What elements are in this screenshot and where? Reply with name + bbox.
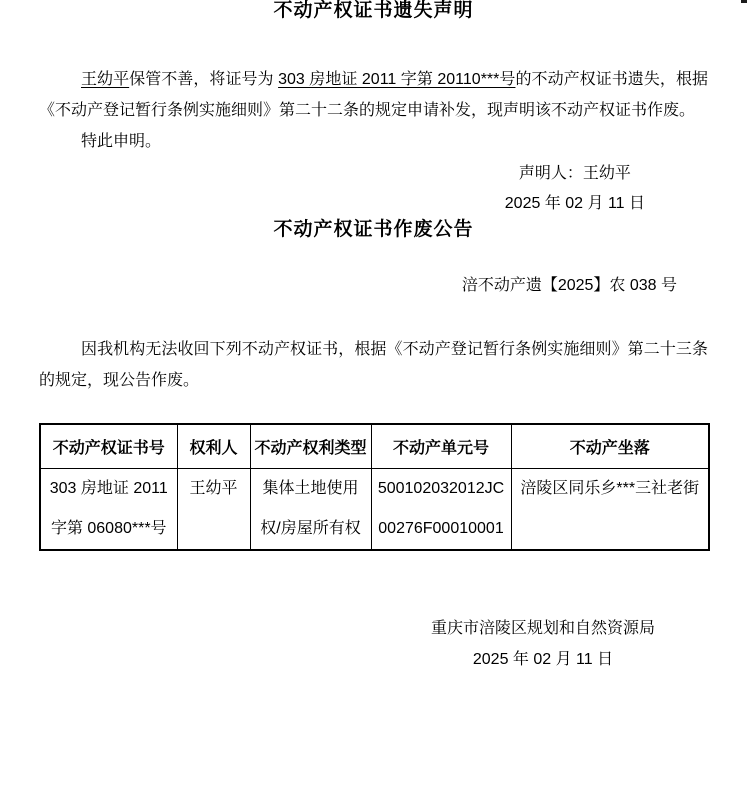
- location-cell: 涪陵区同乐乡***三社老街: [511, 468, 709, 550]
- void-announcement-paragraph: 因我机构无法收回下列不动产权证书，根据《不动产登记暂行条例实施细则》第二十三条的…: [39, 334, 708, 396]
- hereby-statement: 特此申明。: [39, 126, 708, 157]
- table-header-cell: 不动产权利类型: [250, 424, 371, 468]
- table-header-cell: 不动产单元号: [371, 424, 511, 468]
- certificates-table-header: 不动产权证书号权利人不动产权利类型不动产单元号不动产坐落: [40, 424, 709, 468]
- underlined-text: 王幼平: [81, 71, 129, 88]
- holder-cell: 王幼平: [177, 468, 250, 550]
- certificates-table-body: 303 房地证 2011 字第 06080***号王幼平集体土地使用权/房屋所有…: [40, 468, 709, 550]
- announcement-date: 2025 年 02 月 11 日: [431, 644, 655, 675]
- table-header-cell: 不动产坐落: [511, 424, 709, 468]
- table-header-cell: 不动产权证书号: [40, 424, 177, 468]
- underlined-text: 303 房地证 2011 字第 20110***号: [278, 71, 515, 88]
- loss-declaration-paragraph: 王幼平保管不善，将证号为 303 房地证 2011 字第 20110***号的不…: [39, 64, 708, 126]
- issuer-name: 重庆市涪陵区规划和自然资源局: [431, 613, 655, 644]
- table-row: 303 房地证 2011 字第 06080***号王幼平集体土地使用权/房屋所有…: [40, 468, 709, 550]
- loss-declaration-section: 不动产权证书遗失声明 王幼平保管不善，将证号为 303 房地证 2011 字第 …: [39, 0, 708, 219]
- right-type-cell: 集体土地使用权/房屋所有权: [250, 468, 371, 550]
- plain-text: 保管不善，将证号为: [129, 71, 278, 88]
- table-header-row: 不动产权证书号权利人不动产权利类型不动产单元号不动产坐落: [40, 424, 709, 468]
- document-number: 涪不动产遗【2025】农 038 号: [39, 276, 708, 295]
- certificate-no-cell: 303 房地证 2011 字第 06080***号: [40, 468, 177, 550]
- declaration-date: 2025 年 02 月 11 日: [505, 189, 645, 219]
- corner-artifact: [741, 0, 747, 3]
- void-announcement-section: 不动产权证书作废公告 涪不动产遗【2025】农 038 号 因我机构无法收回下列…: [39, 219, 708, 675]
- issuer-block: 重庆市涪陵区规划和自然资源局 2025 年 02 月 11 日: [431, 613, 655, 675]
- signature-block: 声明人：王幼平 2025 年 02 月 11 日: [505, 159, 645, 219]
- certificates-table: 不动产权证书号权利人不动产权利类型不动产单元号不动产坐落 303 房地证 201…: [39, 423, 710, 551]
- declarant-line: 声明人：王幼平: [505, 159, 645, 189]
- unit-no-cell: 500102032012JC00276F00010001: [371, 468, 511, 550]
- void-announcement-title: 不动产权证书作废公告: [39, 219, 708, 240]
- table-header-cell: 权利人: [177, 424, 250, 468]
- loss-declaration-title: 不动产权证书遗失声明: [39, 0, 708, 21]
- document-page: { "page": { "background_color": "#ffffff…: [0, 0, 747, 785]
